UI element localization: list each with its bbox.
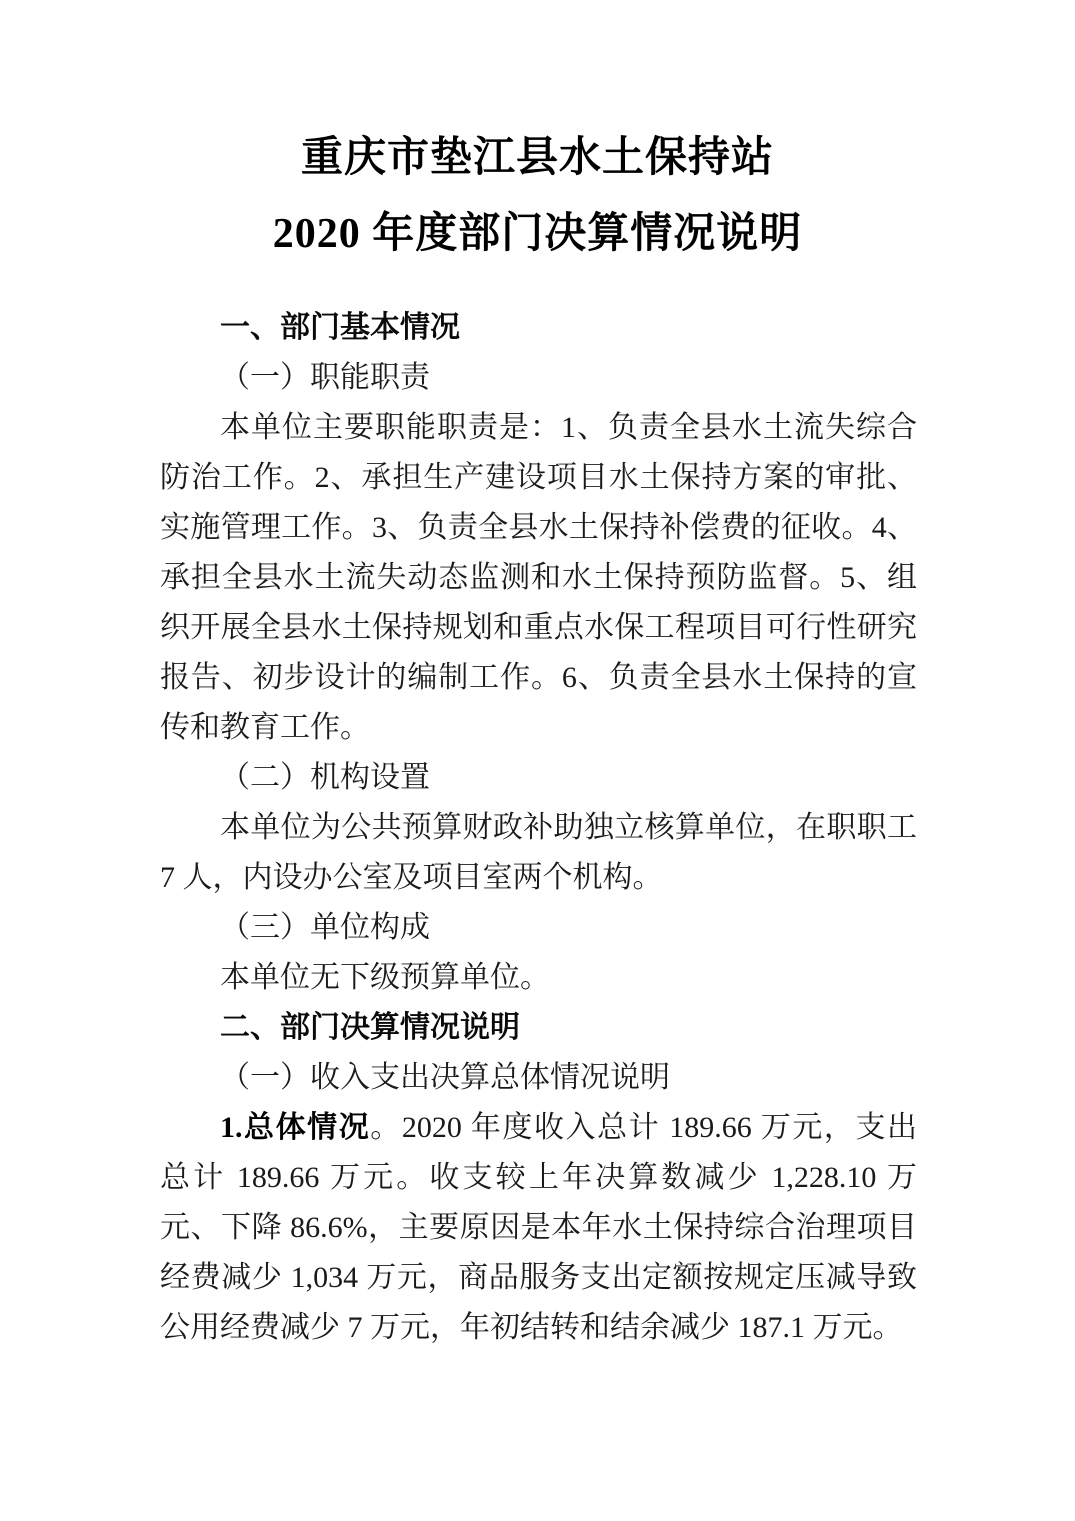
paragraph-organization: 本单位为公共预算财政补助独立核算单位，在职职工 7 人，内设办公室及项目室两个机… <box>160 803 917 903</box>
paragraph-overall-rest: 。2020 年度收入总计 189.66 万元，支出总计 189.66 万元。收支… <box>160 1111 917 1344</box>
paragraph-composition: 本单位无下级预算单位。 <box>160 953 917 1003</box>
subsection-heading-composition: （三）单位构成 <box>160 903 917 953</box>
document-header: 重庆市垫江县水土保持站 2020 年度部门决算情况说明 <box>0 120 1075 272</box>
document-page: 重庆市垫江县水土保持站 2020 年度部门决算情况说明 一、部门基本情况 （一）… <box>0 0 1075 1521</box>
section-heading-final-accounts: 二、部门决算情况说明 <box>160 1003 917 1053</box>
subsection-heading-organization: （二）机构设置 <box>160 753 917 803</box>
subsection-heading-duties: （一）职能职责 <box>160 353 917 403</box>
paragraph-overall-lead: 1.总体情况 <box>220 1111 370 1144</box>
paragraph-duties: 本单位主要职能职责是：1、负责全县水土流失综合防治工作。2、承担生产建设项目水土… <box>160 403 917 753</box>
section-heading-basic-info: 一、部门基本情况 <box>160 303 917 353</box>
paragraph-overall-situation: 1.总体情况。2020 年度收入总计 189.66 万元，支出总计 189.66… <box>160 1103 917 1353</box>
document-title: 重庆市垫江县水土保持站 <box>0 120 1075 196</box>
document-subtitle: 2020 年度部门决算情况说明 <box>0 196 1075 272</box>
subsection-heading-revenue-expenditure: （一）收入支出决算总体情况说明 <box>160 1053 917 1103</box>
document-body: 一、部门基本情况 （一）职能职责 本单位主要职能职责是：1、负责全县水土流失综合… <box>160 303 917 1353</box>
